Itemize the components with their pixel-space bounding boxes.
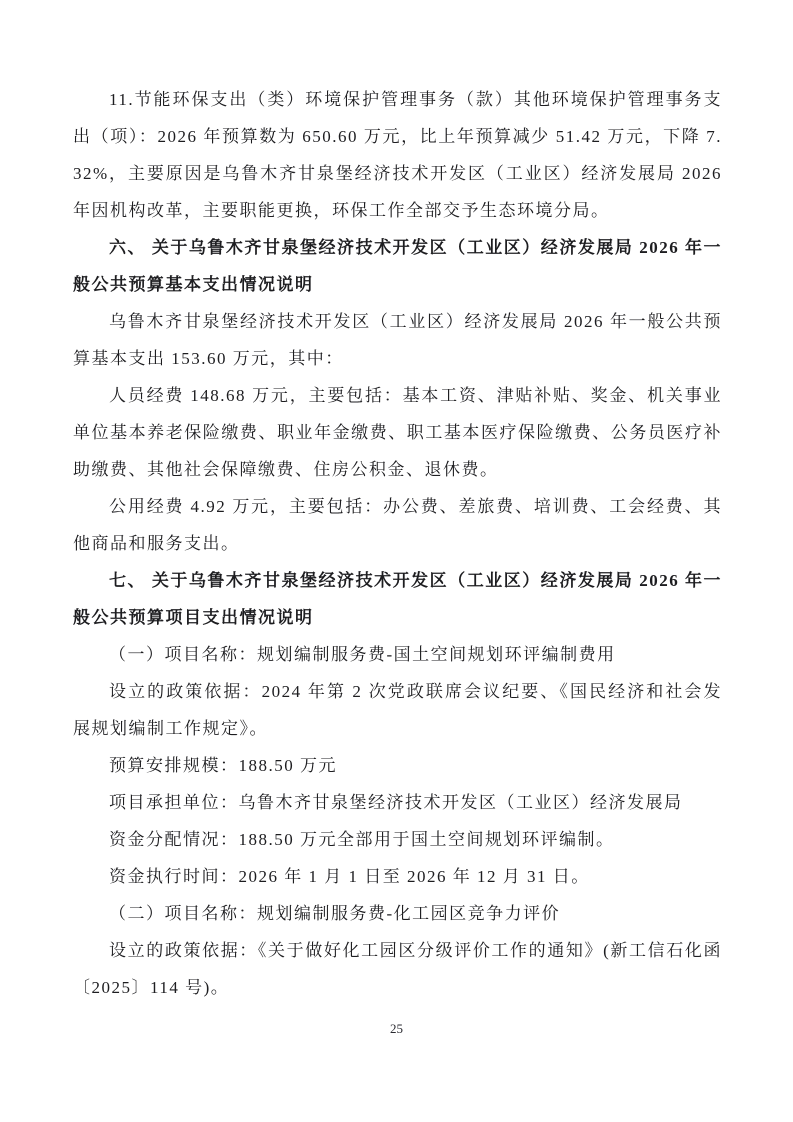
- para-project-one-policy-basis: 设立的政策依据：2024 年第 2 次党政联席会议纪要、《国民经济和社会发展规划…: [73, 673, 722, 747]
- para-basic-expenditure-total: 乌鲁木齐甘泉堡经济技术开发区（工业区）经济发展局 2026 年一般公共预算基本支…: [73, 303, 722, 377]
- para-energy-env-expenditure-item11: 11.节能环保支出（类）环境保护管理事务（款）其他环境保护管理事务支出（项）：2…: [73, 81, 722, 229]
- para-project-one-name: （一）项目名称：规划编制服务费-国土空间规划环评编制费用: [73, 636, 722, 673]
- para-project-one-fund-allocation: 资金分配情况：188.50 万元全部用于国土空间规划环评编制。: [73, 821, 722, 858]
- heading-section-six-basic-expenditure: 六、 关于乌鲁木齐甘泉堡经济技术开发区（工业区）经济发展局 2026 年一般公共…: [73, 229, 722, 303]
- para-project-one-budget-scale: 预算安排规模：188.50 万元: [73, 747, 722, 784]
- para-project-two-name: （二）项目名称：规划编制服务费-化工园区竞争力评价: [73, 895, 722, 932]
- para-project-one-undertaking-unit: 项目承担单位：乌鲁木齐甘泉堡经济技术开发区（工业区）经济发展局: [73, 784, 722, 821]
- para-project-two-policy-basis: 设立的政策依据：《关于做好化工园区分级评价工作的通知》(新工信石化函〔2025〕…: [73, 932, 722, 1006]
- document-body: 11.节能环保支出（类）环境保护管理事务（款）其他环境保护管理事务支出（项）：2…: [73, 81, 722, 1006]
- document-page: 11.节能环保支出（类）环境保护管理事务（款）其他环境保护管理事务支出（项）：2…: [0, 0, 793, 1122]
- heading-section-seven-project-expenditure: 七、 关于乌鲁木齐甘泉堡经济技术开发区（工业区）经济发展局 2026 年一般公共…: [73, 562, 722, 636]
- page-number: 25: [0, 1021, 793, 1037]
- para-project-one-execution-period: 资金执行时间：2026 年 1 月 1 日至 2026 年 12 月 31 日。: [73, 858, 722, 895]
- para-personnel-funds: 人员经费 148.68 万元，主要包括：基本工资、津贴补贴、奖金、机关事业单位基…: [73, 377, 722, 488]
- para-public-funds: 公用经费 4.92 万元，主要包括：办公费、差旅费、培训费、工会经费、其他商品和…: [73, 488, 722, 562]
